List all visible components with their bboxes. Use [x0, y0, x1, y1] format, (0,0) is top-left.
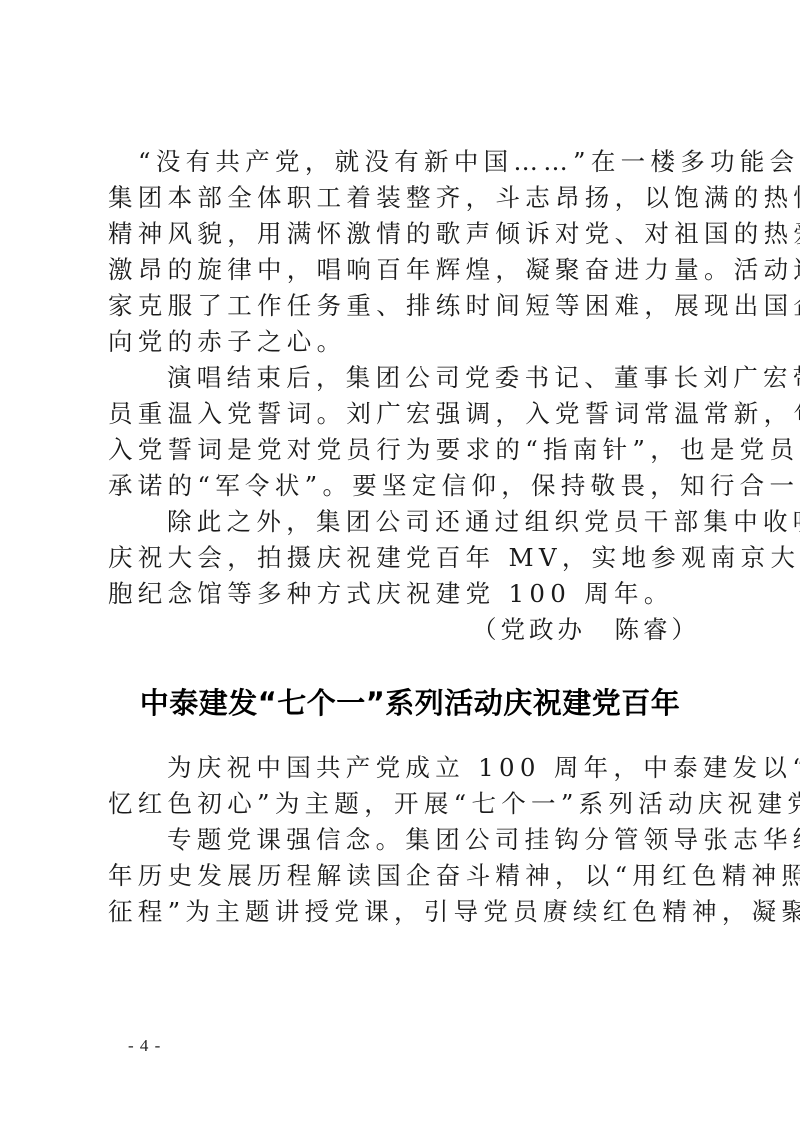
text-line: 除此之外，集团公司还通过组织党员干部集中收听观看七一 — [108, 504, 704, 540]
article-section-1: “没有共产党，就没有新中国……”在一楼多功能会议室， 集团本部全体职工着装整齐，… — [108, 144, 704, 648]
text-line: 精神风貌，用满怀激情的歌声倾诉对党、对祖国的热爱，在慷慨 — [108, 216, 704, 252]
article-section-2: 为庆祝中国共产党成立 100 周年，中泰建发以“庆建党百年， 忆红色初心”为主题… — [108, 750, 704, 930]
text-line: 胞纪念馆等多种方式庆祝建党 100 周年。 — [108, 576, 704, 612]
paragraph-1: “没有共产党，就没有新中国……”在一楼多功能会议室， 集团本部全体职工着装整齐，… — [108, 144, 704, 360]
text-line: 忆红色初心”为主题，开展“七个一”系列活动庆祝建党百年。 — [108, 786, 704, 822]
text-line: 演唱结束后，集团公司党委书记、董事长刘广宏带领全体党 — [108, 360, 704, 396]
paragraph-5: 专题党课强信念。集团公司挂钩分管领导张志华结合党的百 年历史发展历程解读国企奋斗… — [108, 822, 704, 930]
document-page: “没有共产党，就没有新中国……”在一楼多功能会议室， 集团本部全体职工着装整齐，… — [108, 144, 704, 930]
text-line: 集团本部全体职工着装整齐，斗志昂扬，以饱满的热情和良好的 — [108, 180, 704, 216]
text-line: 向党的赤子之心。 — [108, 324, 704, 360]
text-line: 承诺的“军令状”。要坚定信仰，保持敬畏，知行合一。 — [108, 468, 704, 504]
paragraph-3: 除此之外，集团公司还通过组织党员干部集中收听观看七一 庆祝大会，拍摄庆祝建党百年… — [108, 504, 704, 612]
article-headline: 中泰建发“七个一”系列活动庆祝建党百年 — [112, 668, 708, 738]
text-line: 为庆祝中国共产党成立 100 周年，中泰建发以“庆建党百年， — [108, 750, 704, 786]
text-line: 年历史发展历程解读国企奋斗精神，以“用红色精神照耀奋进新 — [108, 858, 704, 894]
text-line: 庆祝大会，拍摄庆祝建党百年 MV，实地参观南京大屠杀遇难同 — [108, 540, 704, 576]
text-line: “没有共产党，就没有新中国……”在一楼多功能会议室， — [108, 144, 704, 180]
text-line: 专题党课强信念。集团公司挂钩分管领导张志华结合党的百 — [108, 822, 704, 858]
author-signature: （党政办 陈睿） — [108, 612, 704, 648]
page-number: - 4 - — [128, 1036, 161, 1056]
text-line: 征程”为主题讲授党课，引导党员赓续红色精神，凝聚发展合力。 — [108, 894, 704, 930]
text-line: 入党誓词是党对党员行为要求的“指南针”，也是党员对党立下 — [108, 432, 704, 468]
paragraph-4: 为庆祝中国共产党成立 100 周年，中泰建发以“庆建党百年， 忆红色初心”为主题… — [108, 750, 704, 822]
paragraph-2: 演唱结束后，集团公司党委书记、董事长刘广宏带领全体党 员重温入党誓词。刘广宏强调… — [108, 360, 704, 504]
text-line: 员重温入党誓词。刘广宏强调，入党誓词常温常新，句句千钧。 — [108, 396, 704, 432]
text-line: 家克服了工作任务重、排练时间短等困难，展现出国企员工红心 — [108, 288, 704, 324]
text-line: 激昂的旋律中，唱响百年辉煌，凝聚奋进力量。活动过程中，大 — [108, 252, 704, 288]
